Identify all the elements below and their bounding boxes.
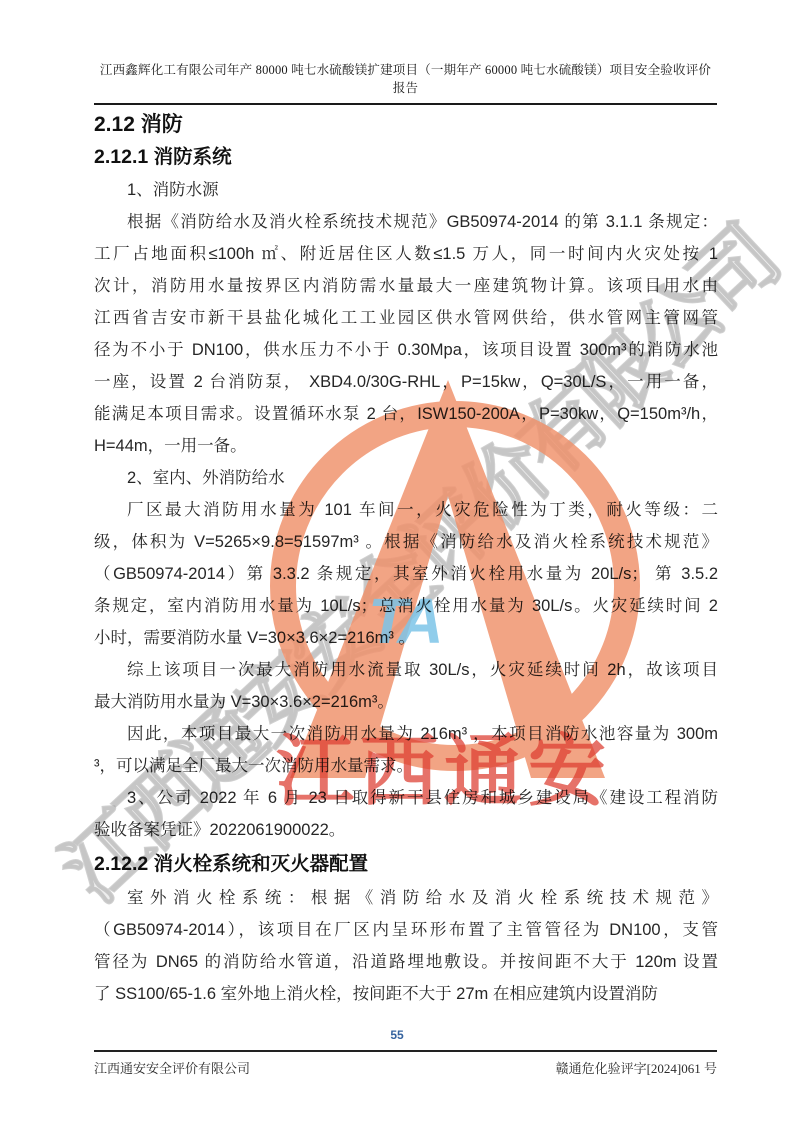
paragraph: 厂区最大消防用水量为 101 车间一，火灾危险性为丁类，耐火等级：二级，体积为 …: [94, 494, 718, 654]
section-heading: 2.12.2 消火栓系统和灭火器配置: [94, 850, 718, 878]
report-page: 江西鑫辉化工有限公司年产 80000 吨七水硫酸镁扩建项目（一期年产 60000…: [0, 0, 794, 1123]
text-line: 根据《消防给水及消火栓系统技术规范》GB50974-2014 的第 3.1.1 …: [94, 206, 718, 238]
text-line: 小时，需要消防水量 V=30×3.6×2=216m³ 。: [94, 622, 718, 654]
text-line: 综上该项目一次最大消防用水流量取 30L/s，火灾延续时间 2h，故该项目: [94, 654, 718, 686]
text-line: （GB50974-2014），该项目在厂区内呈环形布置了主管管径为 DN100，…: [94, 914, 718, 946]
section-heading: 2.12 消防: [94, 112, 718, 138]
paragraph: 综上该项目一次最大消防用水流量取 30L/s，火灾延续时间 2h，故该项目最大消…: [94, 654, 718, 718]
footer-doc-number: 赣通危化验评字[2024]061 号: [556, 1058, 717, 1077]
text-line: 室外消火栓系统：根据《消防给水及消火栓系统技术规范》: [94, 882, 718, 914]
list-item-heading: 2、室内、外消防给水: [94, 462, 718, 494]
text-line: ³，可以满足全厂最大一次消防用水量需求。: [94, 750, 718, 782]
paragraph: 3、公司 2022 年 6 月 23 日取得新干县住房和城乡建设局《建设工程消防…: [94, 782, 718, 846]
text-line: 工厂占地面积≤100h ㎡、附近居住区人数≤1.5 万人，同一时间内火灾处按 1: [94, 238, 718, 270]
text-line: （GB50974-2014）第 3.3.2 条规定，其室外消火栓用水量为 20L…: [94, 558, 718, 590]
text-line: 一座，设置 2 台消防泵， XBD4.0/30G-RHL，P=15kw，Q=30…: [94, 366, 718, 398]
text-line: 能满足本项目需求。设置循环水泵 2 台，ISW150-200A，P=30kw，Q…: [94, 398, 718, 430]
text-line: 级，体积为 V=5265×9.8=51597m³ 。根据《消防给水及消火栓系统技…: [94, 526, 718, 558]
text-line: 次计，消防用水量按界区内消防需水量最大一座建筑物计算。该项目用水由: [94, 270, 718, 302]
section-heading: 2.12.1 消防系统: [94, 144, 718, 170]
page-header-title: 江西鑫辉化工有限公司年产 80000 吨七水硫酸镁扩建项目（一期年产 60000…: [94, 60, 717, 105]
text-line: 因此，本项目最大一次消防用水量为 216m³ ，本项目消防水池容量为 300m: [94, 718, 718, 750]
text-line: 管径为 DN65 的消防给水管道，沿道路埋地敷设。并按间距不大于 120m 设置: [94, 946, 718, 978]
list-item-heading: 1、消防水源: [94, 174, 718, 206]
footer-divider: [94, 1050, 717, 1052]
text-line: 径为不小于 DN100，供水压力不小于 0.30Mpa，该项目设置 300m³的…: [94, 334, 718, 366]
paragraph: 根据《消防给水及消火栓系统技术规范》GB50974-2014 的第 3.1.1 …: [94, 206, 718, 462]
text-line: 最大消防用水量为 V=30×3.6×2=216m³。: [94, 686, 718, 718]
text-line: H=44m，一用一备。: [94, 430, 718, 462]
page-footer: 江西通安安全评价有限公司 赣通危化验评字[2024]061 号: [94, 1058, 717, 1077]
paragraph: 因此，本项目最大一次消防用水量为 216m³ ，本项目消防水池容量为 300m³…: [94, 718, 718, 782]
footer-company: 江西通安安全评价有限公司: [94, 1058, 250, 1077]
document-body: 2.12 消防2.12.1 消防系统1、消防水源根据《消防给水及消火栓系统技术规…: [94, 112, 718, 1010]
text-line: 了 SS100/65-1.6 室外地上消火栓，按间距不大于 27m 在相应建筑内…: [94, 978, 718, 1010]
page-number: 55: [0, 1028, 794, 1042]
paragraph: 室外消火栓系统：根据《消防给水及消火栓系统技术规范》（GB50974-2014）…: [94, 882, 718, 1010]
text-line: 厂区最大消防用水量为 101 车间一，火灾危险性为丁类，耐火等级：二: [94, 494, 718, 526]
text-line: 江西省吉安市新干县盐化城化工工业园区供水管网供给，供水管网主管网管: [94, 302, 718, 334]
text-line: 验收备案凭证》2022061900022。: [94, 814, 718, 846]
text-line: 条规定，室内消防用水量为 10L/s；总消火栓用水量为 30L/s。火灾延续时间…: [94, 590, 718, 622]
text-line: 3、公司 2022 年 6 月 23 日取得新干县住房和城乡建设局《建设工程消防: [94, 782, 718, 814]
